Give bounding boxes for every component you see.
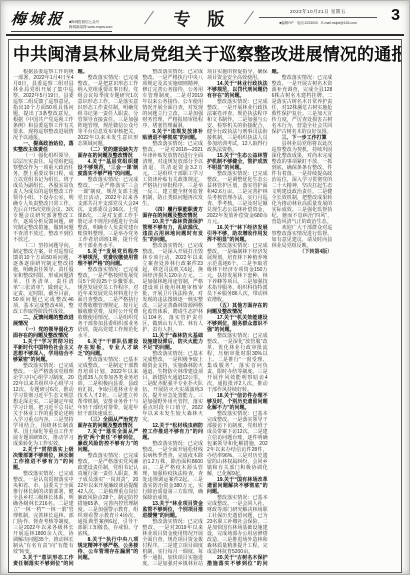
section-char-zhuan: 专 bbox=[174, 5, 191, 30]
article-paragraph: 整改落实情况：已基本完成整改。一是制定干部教育培训计划，2022年以来选派35人… bbox=[78, 357, 139, 417]
article-paragraph: 15.关于“生态公益林管护机制不够健全，管护成效不明显”的问题。 bbox=[207, 153, 268, 171]
editor-contact-line: ■编辑/YP 电话:2233000 E-mail:mqbd@163.com bbox=[259, 20, 377, 25]
article-paragraph: 整改落实情况：已完成整改。一是把意识形态工作纳入党组重要议事日程，党组会议每季度… bbox=[78, 75, 139, 147]
article-paragraph: 4.关于“基层党组织建设不够规范，‘三会一课’制度落实不够严格”的问题。 bbox=[78, 159, 139, 177]
article-paragraph: （一）党的领导弱化方面存在的问题及整改情况 bbox=[13, 327, 74, 339]
article-paragraph: 17.关于“机关效能建设不够到位，服务群众意识不强”的问题。 bbox=[207, 315, 268, 333]
header-rule bbox=[6, 34, 404, 36]
article-paragraph: （二）党的建设缺失方面存在的问题及整改情况 bbox=[78, 147, 139, 159]
article-paragraph: 13.关于“林业项目资金监管不够到位，个别项目推进缓慢”的问题。 bbox=[142, 501, 203, 519]
article-paragraph: （三）全面从严治党方面存在的问题及整改情况 bbox=[78, 417, 139, 429]
date-info-block: 2022年10月21日 星期五 ■编辑/YP 电话:2233000 E-mail… bbox=[259, 9, 377, 25]
article-paragraph: 10.关于“森林资源保护管理不够有力，乱砍滥伐、违法占用林地问题时有发生”的问题… bbox=[142, 219, 203, 243]
article-paragraph: 整改落实情况：已完成整改。一是开展古树名木资源补充调查，完成全县1286株古树名… bbox=[272, 75, 333, 135]
article-paragraph: （四）履行职能职责方面存在的问题及整改情况 bbox=[142, 207, 203, 219]
article-paragraph: 县林业局党组将以此次巡察整改为契机，持续巩固深化整改成果，对尚未完成整改的事项紧… bbox=[272, 141, 333, 225]
masthead: 梅城报 ■梅城报微信公众号 梅城新闻网 www.mqxw.com bbox=[11, 8, 112, 32]
masthead-title: 梅城报 bbox=[10, 8, 66, 29]
article-columns: 根据县委巡察工作的统一部署，2022年1月4日至4月8日，县委巡察二组对县林业局… bbox=[13, 69, 397, 571]
article-frame: 中共闽清县林业局党组关于巡察整改进展情况的通报 根据县委巡察工作的统一部署，20… bbox=[8, 39, 402, 573]
article-paragraph: 欢迎广大干部群众对巡察整改落实情况进行监督。如有意见建议，请及时向县林业局党组反… bbox=[272, 225, 333, 249]
article-paragraph: 14.关于“林业行政执法不够规范，以罚代刑问题仍有存在”的问题。 bbox=[207, 81, 268, 99]
article-paragraph: 根据县委巡察工作的统一部署，2022年1月4日至4月8日，县委巡察二组对县林业局… bbox=[13, 69, 74, 141]
slash-divider-icon bbox=[144, 11, 154, 25]
article-paragraph: 5.关于“发展党员程序不够规范，党费收缴使用管理不够严格”的问题。 bbox=[78, 249, 139, 267]
article-paragraph: 整改落实情况：已基本完成整改。一是落实领导干部接访下访制度，党组班子成员带案下访… bbox=[207, 411, 268, 477]
article-paragraph: 18.关于“信访件办理不够及时，个别历史遗留问题化解不力”的问题。 bbox=[207, 393, 268, 411]
article-paragraph: 11.关于“森林防火基础设施建设滞后，防灭火能力不足”的问题。 bbox=[142, 333, 203, 351]
article-paragraph: 12.关于“松材线虫病防控工作推进不够有力”的问题。 bbox=[142, 423, 203, 441]
masthead-website-line: 梅城新闻网 www.mqxw.com bbox=[69, 25, 112, 30]
article-paragraph: 9.关于“违规发放津补贴清退不够彻底”的问题。 bbox=[142, 129, 203, 141]
article-paragraph: 整改落实情况：已完成整改。一是严格按照发展党员5个阶段25个步骤要求，规范发展党… bbox=[78, 267, 139, 339]
article-headline: 中共闽清县林业局党组关于巡察整改进展情况的通报 bbox=[13, 45, 397, 65]
page-header: 梅城报 ■梅城报微信公众号 梅城新闻网 www.mqxw.com 专 版 202… bbox=[1, 1, 409, 32]
page-number: 3 bbox=[391, 7, 400, 25]
article-paragraph: 二、反馈问题的整改进展情况 bbox=[13, 315, 74, 327]
article-paragraph: 整改落实情况：已基本完成整改。一是会同人社、财政等部门研究解决林场职工社保历史遗… bbox=[207, 495, 268, 555]
article-paragraph: 整改落实情况：已完成整改。一是对2018—2021年津补贴发放情况进行全面清理，… bbox=[142, 141, 203, 207]
article-paragraph: 19.关于“国有林场改革遗留问题解决不够彻底”的问题。 bbox=[207, 477, 268, 495]
article-paragraph: 整改落实情况：已完成整改。一是调整优化生态公益林管护区划，落实管护面积42.6万… bbox=[207, 171, 268, 225]
article-paragraph: 2.关于“贯彻落实上级决策部署不够到位，林长制工作推进不够有力”的问题。 bbox=[13, 447, 74, 471]
article-paragraph: 整改落实情况：已完成整改。一是编制林下经济发展规划，培育林下种植养殖示范基地6个… bbox=[207, 243, 268, 303]
article-paragraph: 6.关于“干部队伍建设存在短板，专业人才缺乏”的问题。 bbox=[78, 339, 139, 357]
article-paragraph: （五）其他方面存在的问题及整改情况 bbox=[207, 303, 268, 315]
masthead-subtext: ■梅城报微信公众号 梅城新闻网 www.mqxw.com bbox=[69, 20, 112, 29]
slash-divider-icon bbox=[244, 11, 254, 25]
article-paragraph: 1.关于“学习贯彻习近平新时代中国特色社会主义思想不够深入，学用结合不够紧密”的… bbox=[13, 339, 74, 363]
section-char-ban: 版 bbox=[207, 5, 224, 30]
article-paragraph: 整改落实情况：已完成整改。一是严格执行中央八项规定及其实施细则精神，修订完善公务… bbox=[142, 69, 203, 129]
article-paragraph: 整改落实情况：已完成整改。一是深入开展打击毁林专项行动，2022年以来立案查处涉… bbox=[142, 243, 203, 333]
section-title: 专 版 bbox=[141, 5, 257, 30]
article-paragraph: 16.关于“林下经济发展引导不够，助农增收作用发挥不明显”的问题。 bbox=[207, 225, 268, 243]
article-paragraph: （一）强化组织领导，层层压实责任。局党组把巡察整改作为一项重大政治任务，摆上重要… bbox=[13, 153, 74, 243]
date-line: 2022年10月21日 星期五 bbox=[259, 9, 377, 18]
newspaper-page: 梅城报 ■梅城报微信公众号 梅城新闻网 www.mqxw.com 专 版 202… bbox=[0, 0, 410, 575]
article-paragraph: 整改落实情况：已完成整改。一是严格落实党风廉政建设责任制，党组书记认真履行第一责… bbox=[78, 453, 139, 537]
article-paragraph: 8.关于“执行中央八项规定精神不够严格，公务接待、公车管理存在漏洞”的问题。 bbox=[78, 537, 139, 561]
continuation-note: （下转第4版） bbox=[272, 249, 333, 255]
article-paragraph: 整改落实情况：已完成整改。一是开展林业行政执法案卷评查，规范执法程序和文书制作。… bbox=[207, 99, 268, 153]
article-paragraph: 整改落实情况：已完成整改。一是深化“放管服”改革，优化林业行政审批流程，压缩审批… bbox=[207, 333, 268, 393]
article-paragraph: 整改落实情况：已完成整改。一是认真贯彻落实中央和省、市、县委关于全面推行林长制的… bbox=[13, 471, 74, 555]
article-paragraph: 整改落实情况：已完成整改。一是全面开展松材线虫病秋季普查，完成疫木除治1.2万株… bbox=[142, 441, 203, 501]
article-paragraph: （二）坚持问题导向，制定整改方案。针对巡察反馈的10个方面50项问题，逐条逐项研… bbox=[13, 243, 74, 315]
article-paragraph: 整改落实情况：已完成整改。一是严格落实党组理论学习中心组学习制度，2022年以来… bbox=[13, 363, 74, 447]
article-paragraph: 整改落实情况：已基本完成整改。一是积极争取上级资金支持，实施森林防火通道、生物防… bbox=[142, 351, 203, 423]
article-paragraph: 7.关于“落实全面从严治党‘两个责任’不够到位，廉政风险防控不够有力”的问题。 bbox=[78, 429, 139, 453]
article-paragraph: 一、提高政治站位，落实整改主体责任 bbox=[13, 141, 74, 153]
article-paragraph: 整改落实情况：已完成整改。一是严格落实“三会一课”制度，规范支部主题党日活动，2… bbox=[78, 177, 139, 249]
